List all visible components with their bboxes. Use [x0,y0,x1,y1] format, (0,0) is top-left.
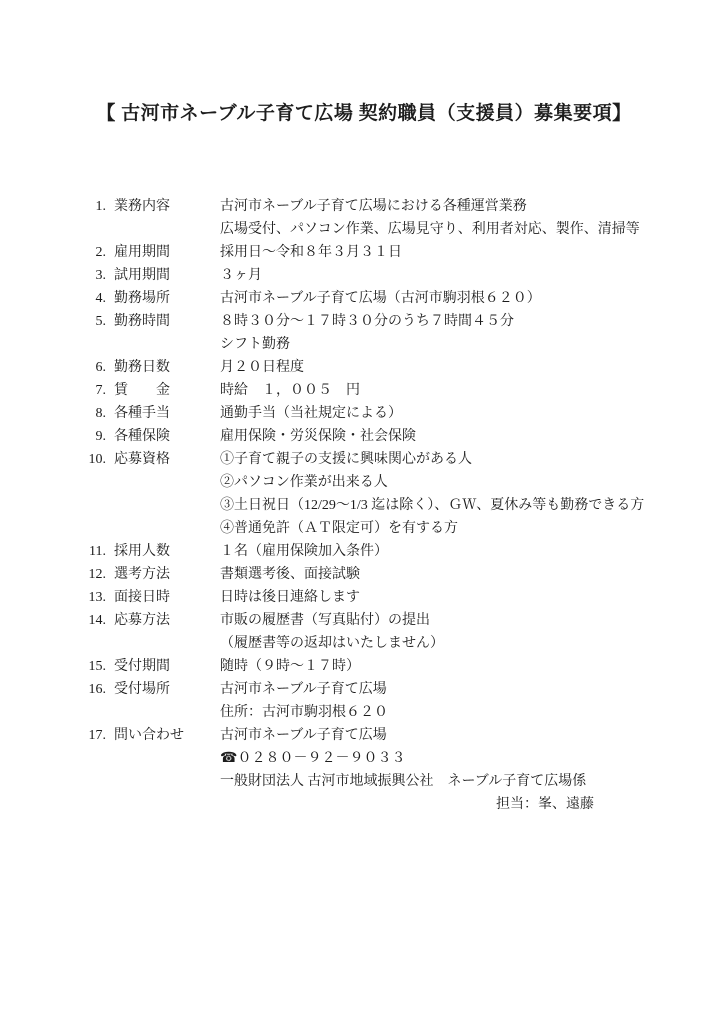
document-page: 【 古河市ネーブル子育て広場 契約職員（支援員）募集要項】 1. 業務内容 古河… [0,0,728,1030]
item-value-line: ④普通免許（ＡＴ限定可）を有する方 [220,517,688,540]
item-number: 1. [88,195,106,218]
item-label: 選考方法 [114,563,220,586]
item-value: 月２０日程度 [220,356,688,379]
item-number: 4. [88,287,106,310]
item-value-line: 通勤手当（当社規定による） [220,402,688,425]
item-label: 採用人数 [114,540,220,563]
item-value-line: ３ヶ月 [220,264,688,287]
list-item: 9. 各種保険 雇用保険・労災保険・社会保険 [88,425,688,448]
item-value: ８時３０分～１７時３０分のうち７時間４５分シフト勤務 [220,310,688,356]
item-label: 勤務時間 [114,310,220,333]
item-number: 11. [88,540,106,563]
item-value-line: 一般財団法人 古河市地域振興公社 ネーブル子育て広場係 [220,770,688,793]
item-label: 勤務日数 [114,356,220,379]
item-value-line: ③土日祝日（12/29～1/3 迄は除く）、ＧＷ、夏休み等も勤務できる方 [220,494,688,517]
item-label: 応募資格 [114,448,220,471]
item-label: 勤務場所 [114,287,220,310]
list-item: 12. 選考方法 書類選考後、面接試験 [88,563,688,586]
item-value-line: 書類選考後、面接試験 [220,563,688,586]
item-value-line: 随時（９時～１７時） [220,655,688,678]
item-number: 7. [88,379,106,402]
item-value: 古河市ネーブル子育て広場（古河市駒羽根６２０） [220,287,688,310]
list-item: 6. 勤務日数 月２０日程度 [88,356,688,379]
item-value-line: 住所：古河市駒羽根６２０ [220,701,688,724]
item-label: 賃 金 [114,379,220,402]
item-number: 10. [88,448,106,471]
item-number: 5. [88,310,106,333]
item-number: 13. [88,586,106,609]
item-label: 受付期間 [114,655,220,678]
item-value: １名（雇用保険加入条件） [220,540,688,563]
contact-person-line: 担当：峯、遠藤 [220,793,594,816]
item-value-line: 古河市ネーブル子育て広場 [220,678,688,701]
list-item: 4. 勤務場所 古河市ネーブル子育て広場（古河市駒羽根６２０） [88,287,688,310]
item-label: 各種保険 [114,425,220,448]
item-number: 8. [88,402,106,425]
item-value: 古河市ネーブル子育て広場☎０２８０－９２－９０３３一般財団法人 古河市地域振興公… [220,724,688,816]
item-value: 古河市ネーブル子育て広場における各種運営業務広場受付、パソコン作業、広場見守り、… [220,195,688,241]
item-value: ３ヶ月 [220,264,688,287]
item-value: 市販の履歴書（写真貼付）の提出（履歴書等の返却はいたしません） [220,609,688,655]
item-value-line: １名（雇用保険加入条件） [220,540,688,563]
list-item: 8. 各種手当 通勤手当（当社規定による） [88,402,688,425]
item-number: 15. [88,655,106,678]
item-value-line: 古河市ネーブル子育て広場 [220,724,688,747]
item-value: 日時は後日連絡します [220,586,688,609]
item-number: 16. [88,678,106,701]
item-number: 3. [88,264,106,287]
item-label: 問い合わせ [114,724,220,747]
list-item: 14. 応募方法 市販の履歴書（写真貼付）の提出（履歴書等の返却はいたしません） [88,609,688,655]
item-value-line: 日時は後日連絡します [220,586,688,609]
item-value-line: 広場受付、パソコン作業、広場見守り、利用者対応、製作、清掃等 [220,218,688,241]
list-item: 16. 受付場所 古河市ネーブル子育て広場住所：古河市駒羽根６２０ [88,678,688,724]
item-value-line: 市販の履歴書（写真貼付）の提出 [220,609,688,632]
item-value-line: 雇用保険・労災保険・社会保険 [220,425,688,448]
item-value-line: 採用日～令和８年３月３１日 [220,241,688,264]
item-value-line: ☎０２８０－９２－９０３３ [220,747,688,770]
item-value: 雇用保険・労災保険・社会保険 [220,425,688,448]
item-number: 12. [88,563,106,586]
document-title: 【 古河市ネーブル子育て広場 契約職員（支援員）募集要項】 [0,101,728,127]
item-label: 業務内容 [114,195,220,218]
item-label: 雇用期間 [114,241,220,264]
item-value: 採用日～令和８年３月３１日 [220,241,688,264]
list-item: 1. 業務内容 古河市ネーブル子育て広場における各種運営業務広場受付、パソコン作… [88,195,688,241]
recruitment-items-list: 1. 業務内容 古河市ネーブル子育て広場における各種運営業務広場受付、パソコン作… [0,195,728,816]
item-value-line: ８時３０分～１７時３０分のうち７時間４５分 [220,310,688,333]
item-number: 9. [88,425,106,448]
item-label: 各種手当 [114,402,220,425]
item-number: 6. [88,356,106,379]
list-item: 5. 勤務時間 ８時３０分～１７時３０分のうち７時間４５分シフト勤務 [88,310,688,356]
item-value-line: ①子育て親子の支援に興味関心がある人 [220,448,688,471]
item-value: 書類選考後、面接試験 [220,563,688,586]
item-value-line: シフト勤務 [220,333,688,356]
list-item: 11. 採用人数 １名（雇用保険加入条件） [88,540,688,563]
item-value: 古河市ネーブル子育て広場住所：古河市駒羽根６２０ [220,678,688,724]
item-number: 14. [88,609,106,632]
item-value: 随時（９時～１７時） [220,655,688,678]
item-value-line: 古河市ネーブル子育て広場における各種運営業務 [220,195,688,218]
item-value-line: ②パソコン作業が出来る人 [220,471,688,494]
item-value: ①子育て親子の支援に興味関心がある人②パソコン作業が出来る人③土日祝日（12/2… [220,448,688,540]
list-item: 3. 試用期間 ３ヶ月 [88,264,688,287]
item-label: 試用期間 [114,264,220,287]
item-label: 応募方法 [114,609,220,632]
item-label: 受付場所 [114,678,220,701]
item-value-line: 月２０日程度 [220,356,688,379]
list-item: 7. 賃 金 時給 １，００５ 円 [88,379,688,402]
list-item: 10. 応募資格 ①子育て親子の支援に興味関心がある人②パソコン作業が出来る人③… [88,448,688,540]
item-number: 17. [88,724,106,747]
item-number: 2. [88,241,106,264]
item-value-line: 時給 １，００５ 円 [220,379,688,402]
list-item: 2. 雇用期間 採用日～令和８年３月３１日 [88,241,688,264]
item-value: 時給 １，００５ 円 [220,379,688,402]
item-value-line: （履歴書等の返却はいたしません） [220,632,688,655]
item-label: 面接日時 [114,586,220,609]
list-item: 15. 受付期間 随時（９時～１７時） [88,655,688,678]
list-item: 17. 問い合わせ 古河市ネーブル子育て広場☎０２８０－９２－９０３３一般財団法… [88,724,688,816]
item-value: 通勤手当（当社規定による） [220,402,688,425]
item-value-line: 古河市ネーブル子育て広場（古河市駒羽根６２０） [220,287,688,310]
list-item: 13. 面接日時 日時は後日連絡します [88,586,688,609]
